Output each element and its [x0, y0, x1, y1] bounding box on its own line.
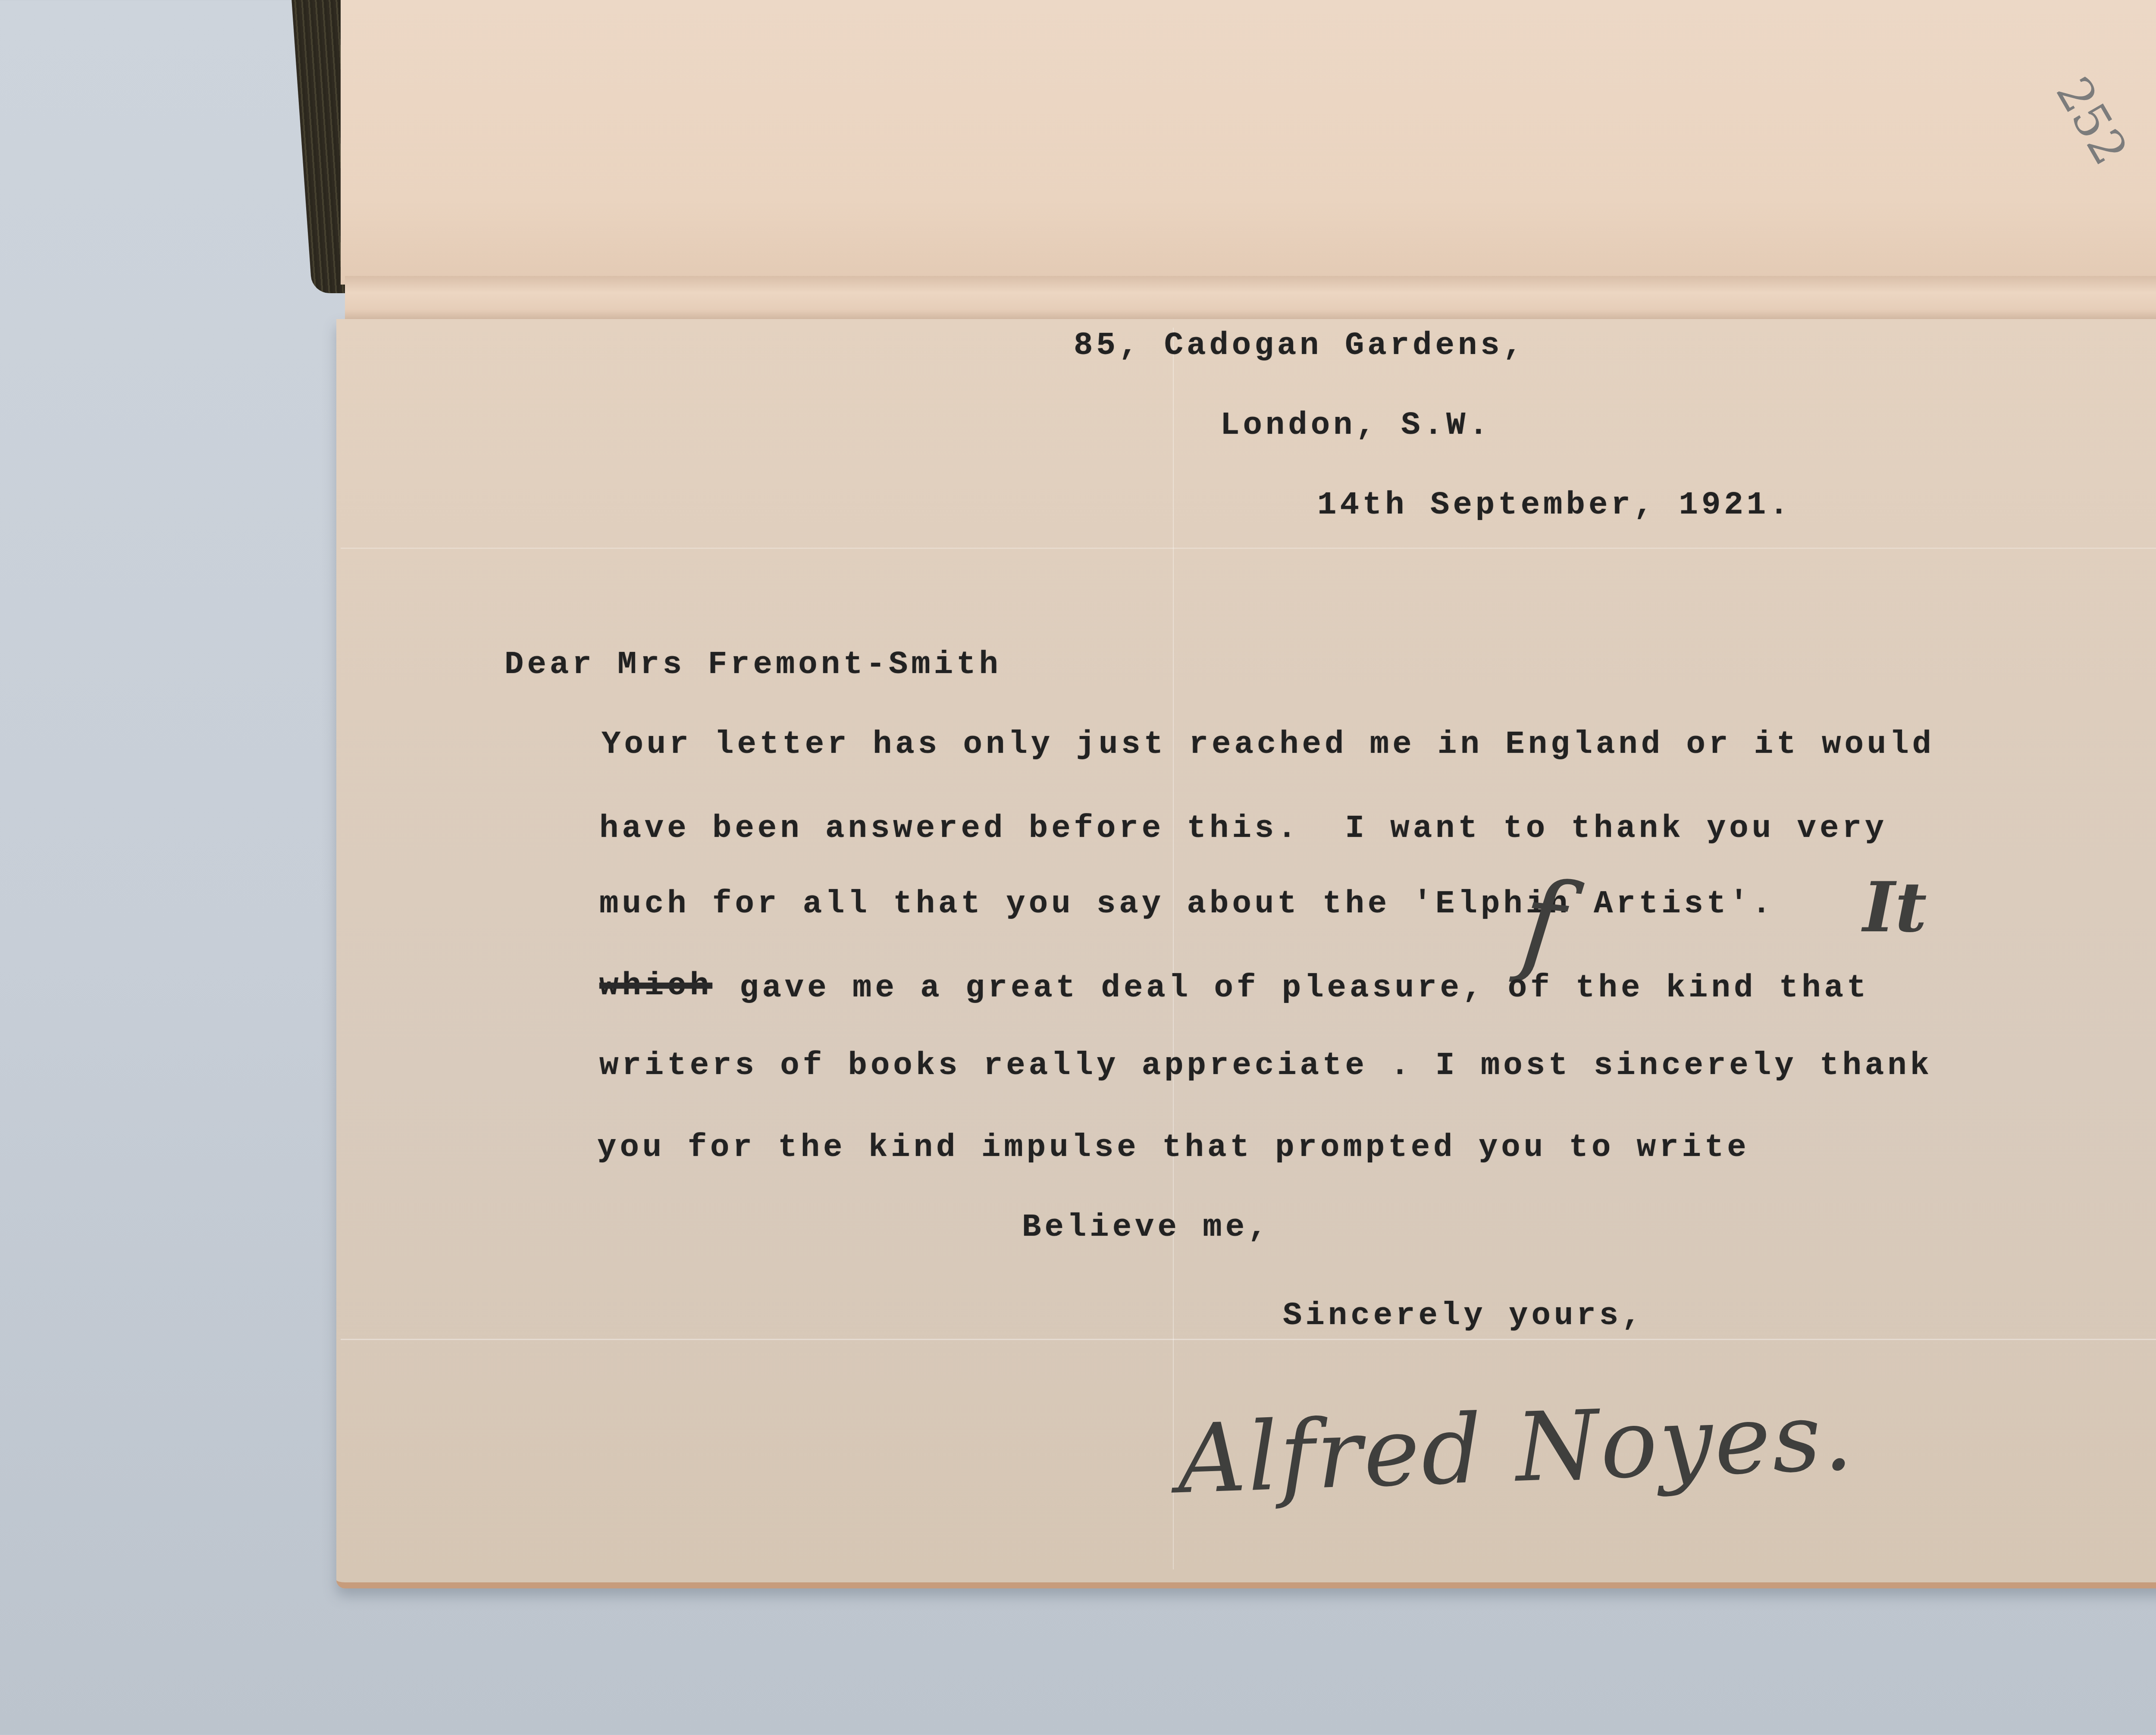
salutation: Dear Mrs Fremont-Smith — [505, 647, 1002, 683]
struck-word: which — [599, 968, 712, 1004]
body-line-3: much for all that you say about the 'Elp… — [599, 886, 1774, 922]
handwritten-inserted-it: It — [1863, 867, 1927, 948]
handwritten-signature: Alfred Noyes. — [1175, 1381, 1856, 1515]
body-line-1: Your letter has only just reached me in … — [602, 727, 1935, 763]
address-line-1: 85, Cadogan Gardens, — [1074, 328, 1526, 364]
page-fold — [345, 276, 2156, 325]
fold-crease-vertical — [1173, 328, 1174, 1569]
upper-album-page — [341, 0, 2156, 285]
body-line-5: writers of books really appreciate . I m… — [599, 1048, 1933, 1084]
letter-sheet — [336, 319, 2156, 1588]
body-line-4: gave me a great deal of pleasure, of the… — [740, 970, 1869, 1006]
address-line-2: London, S.W. — [1220, 407, 1492, 444]
fold-crease-horizontal-upper — [341, 548, 2156, 549]
fold-crease-horizontal — [341, 1339, 2156, 1340]
closing-sincerely: Sincerely yours, — [1283, 1298, 1645, 1334]
body-line-6: you for the kind impulse that prompted y… — [597, 1130, 1750, 1166]
closing-believe-me: Believe me, — [1022, 1209, 1270, 1246]
letter-date: 14th September, 1921. — [1317, 487, 1792, 523]
body-line-2: have been answered before this. I want t… — [599, 811, 1887, 847]
